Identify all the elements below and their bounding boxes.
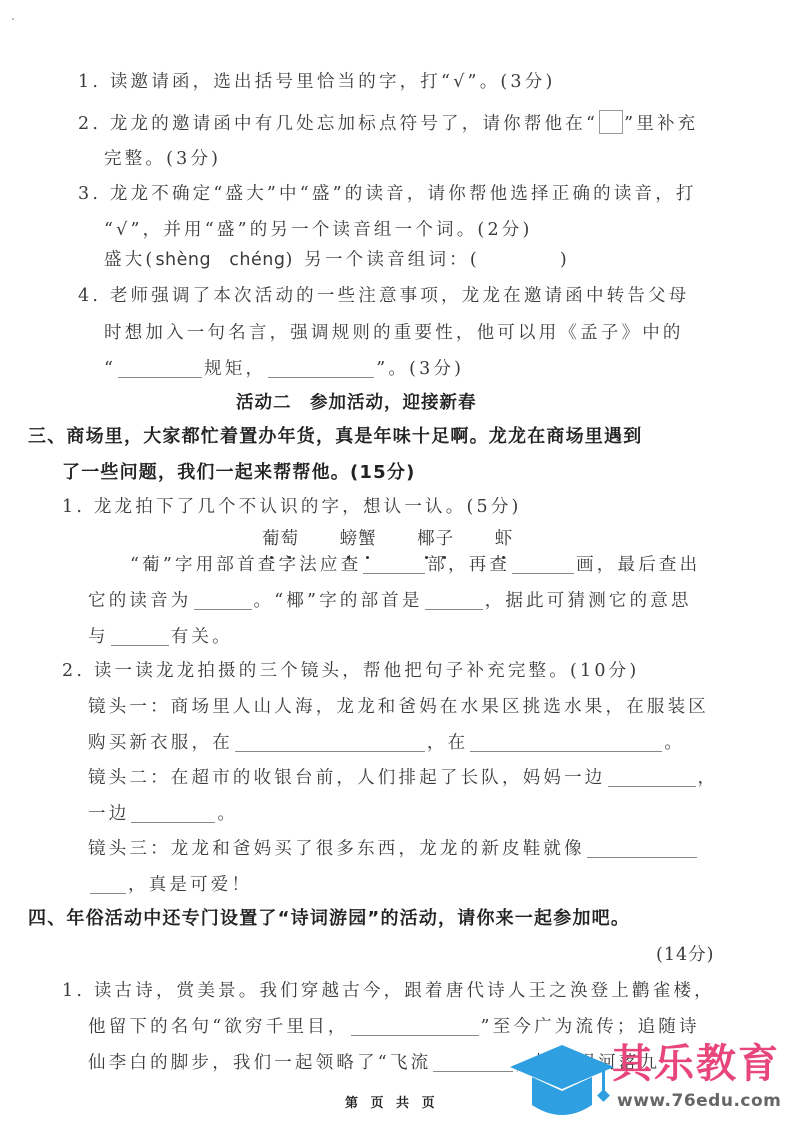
shot-3: 镜头三：龙龙和爸妈买了很多东西，龙龙的新皮鞋就像 — [88, 836, 699, 862]
question-3-2: 2. 读一读龙龙拍摄的三个镜头，帮他把句子补充完整。(10分) — [62, 658, 639, 684]
question-2-4: 4. 老师强调了本次活动的一些注意事项，龙龙在邀请函中转告父母 — [78, 283, 689, 309]
answer-blank[interactable] — [470, 733, 662, 752]
answer-blank[interactable] — [194, 591, 252, 610]
question-2-4-cont: 时想加入一句名言，强调规则的重要性，他可以用《孟子》中的 — [104, 320, 684, 346]
answer-blank[interactable] — [425, 591, 483, 610]
question-4-1: 1. 读古诗，赏美景。我们穿越古今，跟着唐代诗人王之涣登上鹳雀楼， — [62, 978, 715, 1004]
word-pangxie: 螃蟹 — [340, 529, 377, 549]
section-3-title: 三、商场里，大家都忙着置办年货，真是年味十足啊。龙龙在商场里遇到 — [28, 424, 642, 450]
question-4-1-cont: 他留下的名句“欲穷千里目，”至今广为流传；追随诗 — [88, 1014, 700, 1040]
answer-blank[interactable] — [90, 875, 126, 894]
exam-page: 1. 读邀请函，选出括号里恰当的字，打“√”。(3分) 2. 龙龙的邀请函中有几… — [0, 0, 793, 1122]
watermark-title: 其乐教育 — [612, 1040, 780, 1088]
page-footer: 第 页 共 页 — [345, 1092, 439, 1111]
question-3-1-line1: “葡”字用部首查字法应查部，再查画，最后查出 — [130, 552, 700, 578]
shot-1-cont: 购买新衣服，在，在。 — [88, 730, 685, 756]
answer-blank[interactable] — [268, 359, 374, 378]
question-2-4-quote: “规矩，”。(3分) — [104, 356, 464, 382]
answer-blank[interactable] — [363, 555, 425, 574]
shot-1: 镜头一：商场里人山人海，龙龙和爸妈在水果区挑选水果，在服装区 — [88, 694, 709, 720]
word-xia: 虾 — [495, 529, 514, 549]
question-2-2-cont: 完整。(3分) — [104, 146, 221, 172]
pinyin-options: shèng chéng — [155, 250, 285, 270]
activity-heading: 活动二 参加活动，迎接新春 — [236, 390, 477, 416]
answer-blank[interactable] — [351, 1017, 479, 1036]
section-3-title-cont: 了一些问题，我们一起来帮帮他。(15分) — [62, 460, 416, 486]
shot-3-cont: ，真是可爱！ — [88, 872, 252, 898]
question-2-1: 1. 读邀请函，选出括号里恰当的字，打“√”。(3分) — [78, 69, 556, 95]
question-3-1-line2: 它的读音为。“椰”字的部首是，据此可猜测它的意思 — [88, 588, 692, 614]
scan-speck — [12, 18, 14, 20]
word-putao: 葡萄 — [262, 529, 299, 549]
answer-blank[interactable] — [131, 804, 215, 823]
question-3-1: 1. 龙龙拍下了几个不认识的字，想认一认。(5分) — [62, 494, 522, 520]
answer-blank[interactable] — [235, 733, 425, 752]
answer-blank[interactable] — [587, 839, 697, 858]
question-2-3: 3. 龙龙不确定“盛大”中“盛”的读音，请你帮他选择正确的读音，打 — [78, 181, 697, 207]
answer-blank[interactable] — [111, 627, 169, 646]
shot-2-cont: 一边。 — [88, 801, 238, 827]
question-2-3-cont: “√”，并用“盛”的另一个读音组一个词。(2分) — [104, 217, 533, 243]
answer-blank[interactable] — [608, 768, 696, 787]
shot-2: 镜头二：在超市的收银台前，人们排起了长队，妈妈一边， — [88, 765, 718, 791]
answer-blank[interactable] — [512, 555, 574, 574]
answer-blank[interactable] — [118, 359, 202, 378]
question-2-2: 2. 龙龙的邀请函中有几处忘加标点符号了，请你帮他在“”里补充 — [78, 110, 698, 137]
answer-blank[interactable] — [433, 1053, 513, 1072]
question-2-3-pinyin-line: 盛大(shèng chéng) 另一个读音组词：() — [104, 247, 570, 273]
section-4-title: 四、年俗活动中还专门设置了“诗词游园”的活动，请你来一起参加吧。 — [28, 906, 630, 932]
dotted-words: 葡萄 螃蟹 椰子 虾 — [262, 526, 513, 552]
question-3-1-line3: 与有关。 — [88, 624, 233, 650]
word-yezi: 椰子 — [417, 529, 454, 549]
graduation-cap-icon — [510, 1045, 614, 1122]
punctuation-box — [599, 110, 623, 134]
section-4-score: (14分) — [656, 942, 714, 968]
watermark-url: www.76edu.com — [617, 1091, 781, 1111]
